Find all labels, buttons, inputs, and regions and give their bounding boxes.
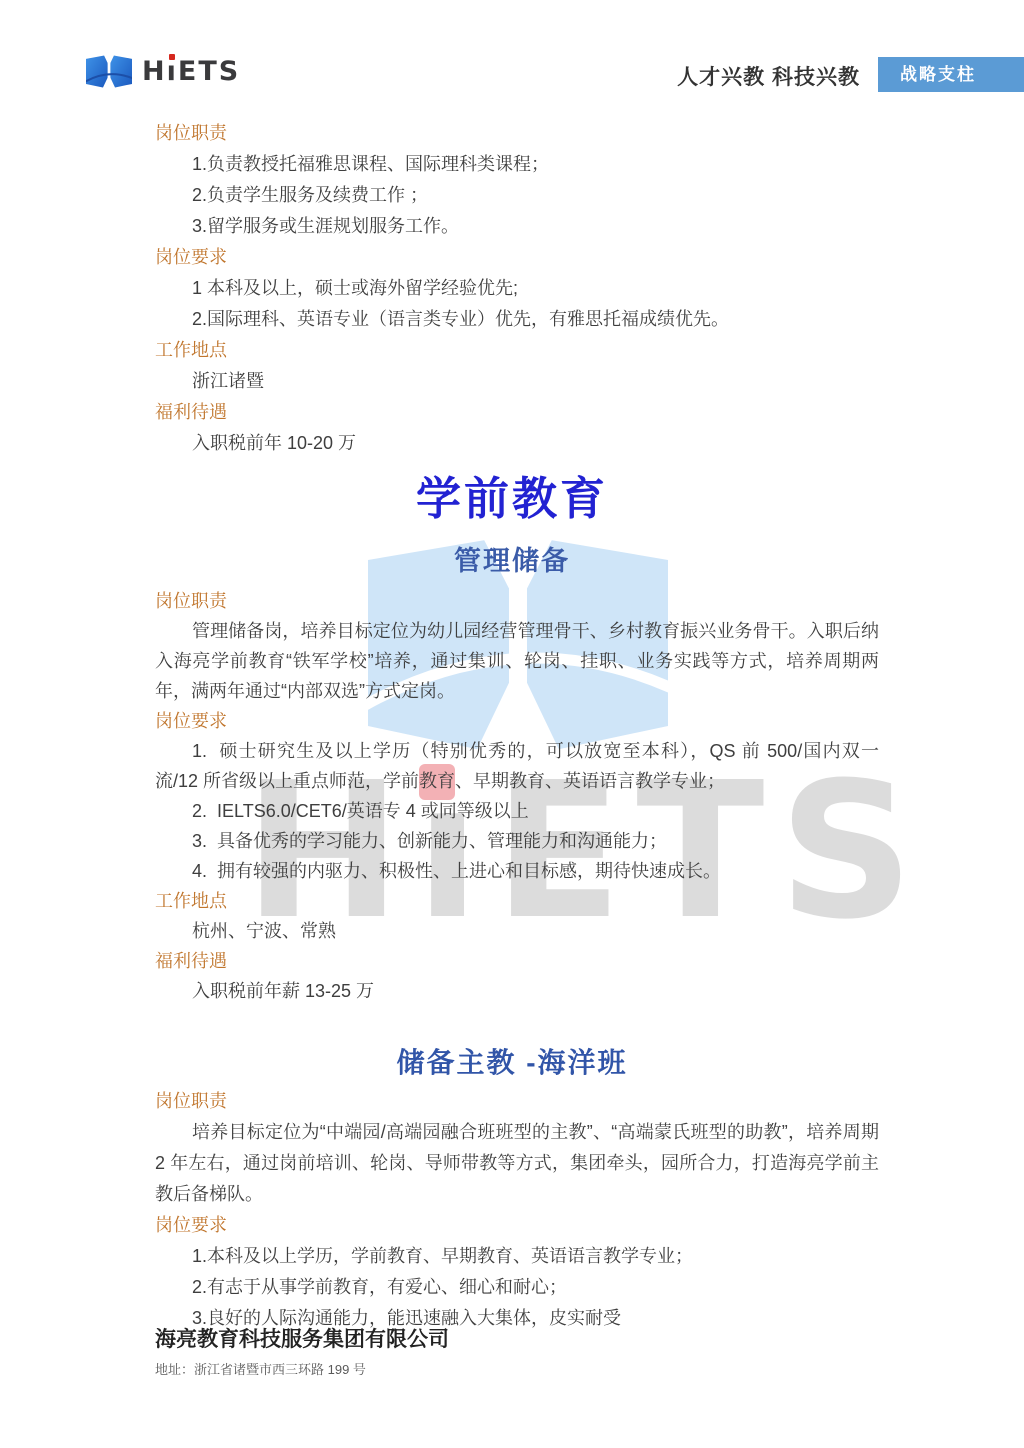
job3-requirement-1: 1.本科及以上学历，学前教育、早期教育、英语语言教学专业； (155, 1241, 879, 1272)
page-footer: 海亮教育科技服务集团有限公司 地址：浙江省诸暨市西三环路 199 号 (155, 1325, 449, 1379)
company-address: 地址：浙江省诸暨市西三环路 199 号 (155, 1361, 449, 1379)
company-name: 海亮教育科技服务集团有限公司 (155, 1325, 449, 1355)
job1-requirement-2: 2.国际理科、英语专业（语言类专业）优先，有雅思托福成绩优先。 (155, 304, 879, 335)
job1-section: 岗位职责 1.负责教授托福雅思课程、国际理科类课程； 2.负责学生服务及续费工作… (155, 118, 879, 459)
job1-duty-3: 3.留学服务或生涯规划服务工作。 (155, 211, 879, 242)
job1-benefits-label: 福利待遇 (155, 397, 879, 428)
job2-location: 杭州、宁波、常熟 (155, 916, 879, 946)
job1-duty-1: 1.负责教授托福雅思课程、国际理科类课程； (155, 149, 879, 180)
logo-i-dot (169, 54, 175, 60)
job1-location: 浙江诸暨 (155, 366, 879, 397)
job2-section: 岗位职责 管理储备岗，培养目标定位为幼儿园经营管理骨干、乡村教育振兴业务骨干。入… (155, 586, 879, 1006)
job3-duties-label: 岗位职责 (155, 1086, 879, 1117)
job2-duties-label: 岗位职责 (155, 586, 879, 616)
logo-letter-i: ı (167, 52, 178, 92)
job3-requirements-label: 岗位要求 (155, 1210, 879, 1241)
logo-text: HıETS (142, 52, 240, 92)
document-page: HıETS HıETS 人才兴教 科技兴教 战略支柱 岗位职责 1.负责教授托福… (0, 0, 1024, 1448)
job3-title: 储备主教 -海洋班 (0, 1042, 1024, 1084)
job2-requirement-4: 4. 拥有较强的内驱力、积极性、上进心和目标感，期待快速成长。 (155, 856, 879, 886)
job3-duties-paragraph: 培养目标定位为“中端园/高端园融合班班型的主教”、“高端蒙氏班型的助教”，培养周… (155, 1117, 879, 1210)
job3-section: 岗位职责 培养目标定位为“中端园/高端园融合班班型的主教”、“高端蒙氏班型的助教… (155, 1086, 879, 1334)
strategy-pillar-badge: 战略支柱 (878, 57, 1024, 92)
job1-requirement-1: 1 本科及以上，硕士或海外留学经验优先; (155, 273, 879, 304)
category-title: 学前教育 (0, 468, 1024, 530)
job2-requirements-label: 岗位要求 (155, 706, 879, 736)
job3-requirement-2: 2.有志于从事学前教育，有爱心、细心和耐心； (155, 1272, 879, 1303)
job1-duties-label: 岗位职责 (155, 118, 879, 149)
job2-benefits-label: 福利待遇 (155, 946, 879, 976)
job2-location-label: 工作地点 (155, 886, 879, 916)
job2-requirement-2: 2. IELTS6.0/CET6/英语专 4 或同等级以上 (155, 796, 879, 826)
logo: HıETS (86, 52, 240, 92)
job1-duty-2: 2.负责学生服务及续费工作 ； (155, 180, 879, 211)
job2-title: 管理储备 (0, 541, 1024, 581)
job2-duties-paragraph: 管理储备岗，培养目标定位为幼儿园经营管理骨干、乡村教育振兴业务骨干。入职后纳入海… (155, 616, 879, 706)
logo-letter-h: H (142, 56, 167, 87)
job2-requirement-3: 3. 具备优秀的学习能力、创新能力、管理能力和沟通能力； (155, 826, 879, 856)
logo-letters-ets: ETS (178, 56, 240, 87)
job2-benefits: 入职税前年薪 13-25 万 (155, 976, 879, 1006)
job1-benefits: 入职税前年 10-20 万 (155, 428, 879, 459)
header-slogan: 人才兴教 科技兴教 (677, 61, 860, 91)
logo-icon (86, 52, 132, 92)
job2-requirement-1: 1. 硕士研究生及以上学历（特别优秀的，可以放宽至本科），QS 前 500/国内… (155, 736, 879, 796)
job1-location-label: 工作地点 (155, 335, 879, 366)
job1-requirements-label: 岗位要求 (155, 242, 879, 273)
